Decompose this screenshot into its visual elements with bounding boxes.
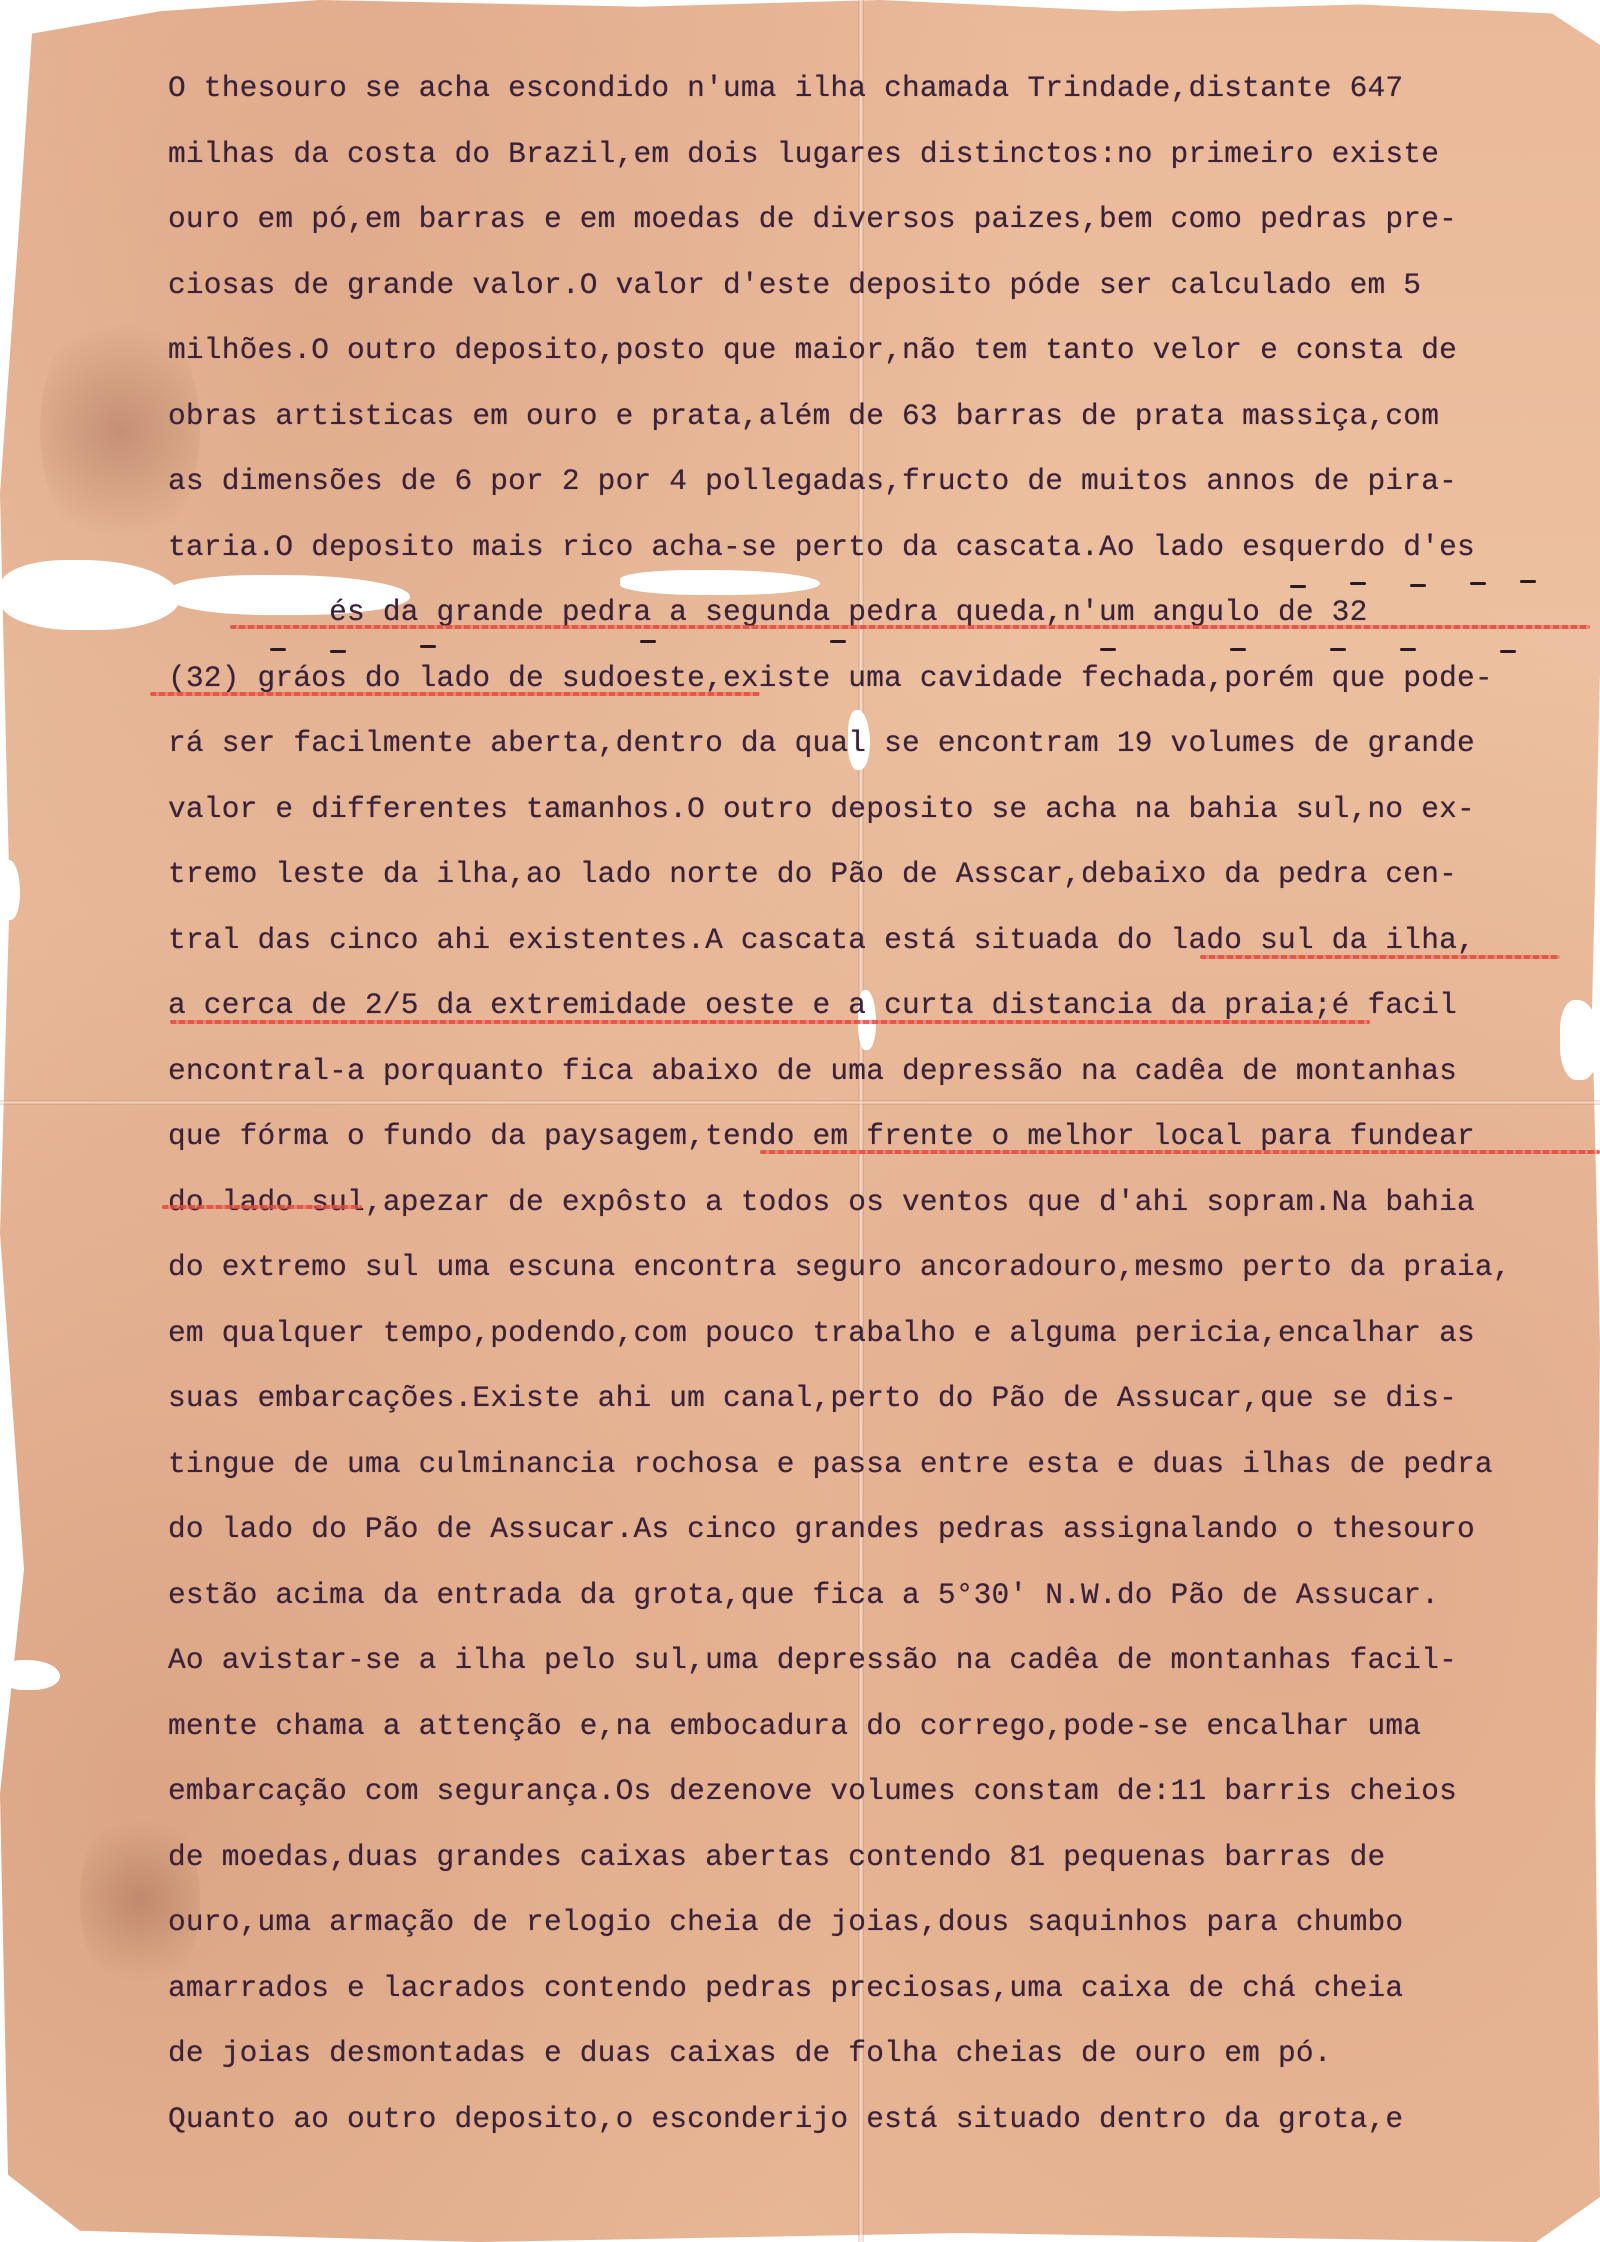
ink-dash-mark <box>1520 580 1536 583</box>
ink-dash-mark <box>420 645 436 648</box>
text-line: milhões.O outro deposito,posto que maior… <box>168 330 1578 396</box>
text-line: suas embarcações.Existe ahi um canal,per… <box>168 1378 1578 1444</box>
text-line: amarrados e lacrados contendo pedras pre… <box>168 1968 1578 2034</box>
text-line: de moedas,duas grandes caixas abertas co… <box>168 1837 1578 1903</box>
text-line: taria.O deposito mais rico acha-se perto… <box>168 527 1578 593</box>
ink-dash-mark <box>1330 648 1346 651</box>
text-line: ciosas de grande valor.O valor d'este de… <box>168 265 1578 331</box>
red-pencil-underline <box>230 625 1590 629</box>
ink-dash-mark <box>330 650 346 653</box>
ink-dash-mark <box>1290 585 1306 588</box>
text-line: que fórma o fundo da paysagem,tendo em f… <box>168 1116 1578 1182</box>
text-line: embarcação com segurança.Os dezenove vol… <box>168 1771 1578 1837</box>
ink-dash-mark <box>830 640 846 643</box>
text-line: ouro,uma armação de relogio cheia de joi… <box>168 1902 1578 1968</box>
red-pencil-underline <box>760 1150 1600 1154</box>
text-line: tremo leste da ilha,ao lado norte do Pão… <box>168 854 1578 920</box>
text-line: estão acima da entrada da grota,que fica… <box>168 1575 1578 1641</box>
ink-dash-mark <box>270 648 286 651</box>
ink-dash-mark <box>640 640 656 643</box>
red-pencil-underline <box>162 1205 362 1209</box>
text-line: encontral-a porquanto fica abaixo de uma… <box>168 1051 1578 1117</box>
ink-dash-mark <box>1350 582 1366 585</box>
text-line: O thesouro se acha escondido n'uma ilha … <box>168 68 1578 134</box>
red-pencil-underline <box>150 692 760 696</box>
text-line: Ao avistar-se a ilha pelo sul,uma depres… <box>168 1640 1578 1706</box>
text-line: tingue de uma culminancia rochosa e pass… <box>168 1444 1578 1510</box>
text-line: as dimensões de 6 por 2 por 4 pollegadas… <box>168 461 1578 527</box>
text-line: milhas da costa do Brazil,em dois lugare… <box>168 134 1578 200</box>
paper-tear <box>0 1660 60 1690</box>
text-line: a cerca de 2/5 da extremidade oeste e a … <box>168 985 1578 1051</box>
text-line: mente chama a attenção e,na embocadura d… <box>168 1706 1578 1772</box>
text-line: Quanto ao outro deposito,o esconderijo e… <box>168 2099 1578 2165</box>
text-line: ouro em pó,em barras e em moedas de dive… <box>168 199 1578 265</box>
text-line: obras artisticas em ouro e prata,além de… <box>168 396 1578 462</box>
ink-dash-mark <box>1470 582 1486 585</box>
ink-dash-mark <box>1400 648 1416 651</box>
ink-dash-mark <box>1500 650 1516 653</box>
typewritten-text: O thesouro se acha escondido n'uma ilha … <box>168 68 1578 2164</box>
text-line: do lado do Pão de Assucar.As cinco grand… <box>168 1509 1578 1575</box>
red-pencil-underline <box>170 1020 1370 1024</box>
text-line: do extremo sul uma escuna encontra segur… <box>168 1247 1578 1313</box>
text-line: valor e differentes tamanhos.O outro dep… <box>168 789 1578 855</box>
text-line: de joias desmontadas e duas caixas de fo… <box>168 2033 1578 2099</box>
text-line: (32) gráos do lado de sudoeste,existe um… <box>168 658 1578 724</box>
text-line: em qualquer tempo,podendo,com pouco trab… <box>168 1313 1578 1379</box>
red-pencil-underline <box>1200 955 1560 959</box>
ink-dash-mark <box>1410 584 1426 587</box>
ink-dash-mark <box>1100 648 1116 651</box>
ink-dash-mark <box>1230 648 1246 651</box>
text-line: rá ser facilmente aberta,dentro da qual … <box>168 723 1578 789</box>
text-line: tral das cinco ahi existentes.A cascata … <box>168 920 1578 986</box>
text-line: do lado sul,apezar de expôsto a todos os… <box>168 1182 1578 1248</box>
